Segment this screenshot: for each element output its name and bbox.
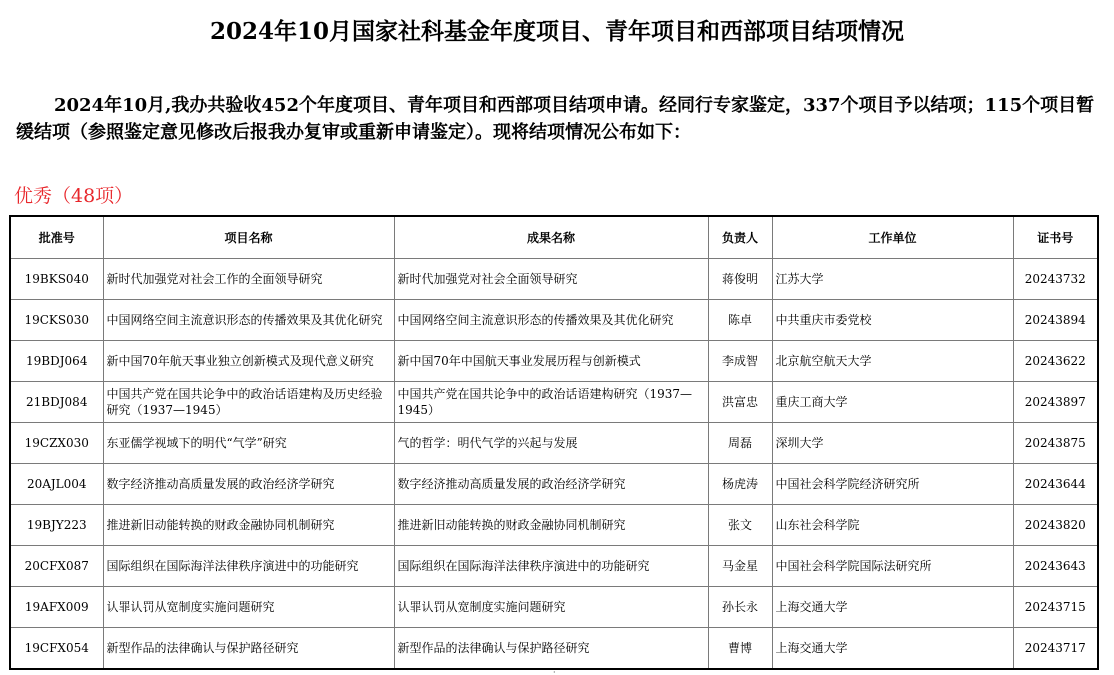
cell-unit: 山东社会科学院 — [772, 505, 1013, 546]
table-row: 19CKS030 中国网络空间主流意识形态的传播效果及其优化研究 中国网络空间主… — [10, 300, 1098, 341]
cell-leader: 蒋俊明 — [708, 259, 772, 300]
cell-result-name: 新中国70年中国航天事业发展历程与创新模式 — [394, 341, 708, 382]
cell-cert-no: 20243715 — [1013, 587, 1098, 628]
cell-leader: 周磊 — [708, 423, 772, 464]
cell-project-name: 新中国70年航天事业独立创新模式及现代意义研究 — [103, 341, 394, 382]
cell-result-name: 新型作品的法律确认与保护路径研究 — [394, 628, 708, 670]
cell-result-name: 国际组织在国际海洋法律秩序演进中的功能研究 — [394, 546, 708, 587]
table-row: 20CFX087 国际组织在国际海洋法律秩序演进中的功能研究 国际组织在国际海洋… — [10, 546, 1098, 587]
cell-approval-no: 20CFX087 — [10, 546, 103, 587]
cell-approval-no: 21BDJ084 — [10, 382, 103, 423]
cell-unit: 北京航空航天大学 — [772, 341, 1013, 382]
header-cert-no: 证书号 — [1013, 216, 1098, 259]
table-header-row: 批准号 项目名称 成果名称 负责人 工作单位 证书号 — [10, 216, 1098, 259]
cell-leader: 李成智 — [708, 341, 772, 382]
table-row: 19CFX054 新型作品的法律确认与保护路径研究 新型作品的法律确认与保护路径… — [10, 628, 1098, 670]
cell-cert-no: 20243643 — [1013, 546, 1098, 587]
cell-leader: 陈卓 — [708, 300, 772, 341]
results-table: 批准号 项目名称 成果名称 负责人 工作单位 证书号 19BKS040 新时代加… — [9, 215, 1099, 670]
header-approval-no: 批准号 — [10, 216, 103, 259]
table-row: 19BJY223 推进新旧动能转换的财政金融协同机制研究 推进新旧动能转换的财政… — [10, 505, 1098, 546]
cell-project-name: 认罪认罚从宽制度实施问题研究 — [103, 587, 394, 628]
cell-unit: 上海交通大学 — [772, 587, 1013, 628]
cell-approval-no: 19BDJ064 — [10, 341, 103, 382]
cell-approval-no: 19BKS040 — [10, 259, 103, 300]
table-row: 20AJL004 数字经济推动高质量发展的政治经济学研究 数字经济推动高质量发展… — [10, 464, 1098, 505]
cell-approval-no: 19CFX054 — [10, 628, 103, 670]
table-row: 19AFX009 认罪认罚从宽制度实施问题研究 认罪认罚从宽制度实施问题研究 孙… — [10, 587, 1098, 628]
cell-cert-no: 20243875 — [1013, 423, 1098, 464]
header-result-name: 成果名称 — [394, 216, 708, 259]
cell-cert-no: 20243732 — [1013, 259, 1098, 300]
cell-unit: 江苏大学 — [772, 259, 1013, 300]
section-label-excellent: 优秀（48项） — [14, 183, 133, 209]
cell-project-name: 东亚儒学视域下的明代“气学”研究 — [103, 423, 394, 464]
cell-unit: 中国社会科学院经济研究所 — [772, 464, 1013, 505]
cell-project-name: 推进新旧动能转换的财政金融协同机制研究 — [103, 505, 394, 546]
cell-leader: 孙长永 — [708, 587, 772, 628]
cell-result-name: 推进新旧动能转换的财政金融协同机制研究 — [394, 505, 708, 546]
cell-leader: 曹博 — [708, 628, 772, 670]
cell-project-name: 新时代加强党对社会工作的全面领导研究 — [103, 259, 394, 300]
table-row: 19CZX030 东亚儒学视域下的明代“气学”研究 气的哲学：明代气学的兴起与发… — [10, 423, 1098, 464]
cell-project-name: 国际组织在国际海洋法律秩序演进中的功能研究 — [103, 546, 394, 587]
header-unit: 工作单位 — [772, 216, 1013, 259]
cell-cert-no: 20243717 — [1013, 628, 1098, 670]
cell-leader: 洪富忠 — [708, 382, 772, 423]
cell-cert-no: 20243820 — [1013, 505, 1098, 546]
header-leader: 负责人 — [708, 216, 772, 259]
cell-result-name: 认罪认罚从宽制度实施问题研究 — [394, 587, 708, 628]
page-marker: · — [553, 668, 556, 675]
cell-approval-no: 20AJL004 — [10, 464, 103, 505]
cell-cert-no: 20243897 — [1013, 382, 1098, 423]
cell-cert-no: 20243644 — [1013, 464, 1098, 505]
cell-result-name: 气的哲学：明代气学的兴起与发展 — [394, 423, 708, 464]
table-row: 21BDJ084 中国共产党在国共论争中的政治话语建构及历史经验研究（1937—… — [10, 382, 1098, 423]
cell-unit: 上海交通大学 — [772, 628, 1013, 670]
header-project-name: 项目名称 — [103, 216, 394, 259]
cell-unit: 中国社会科学院国际法研究所 — [772, 546, 1013, 587]
intro-paragraph: 2024年10月,我办共验收452个年度项目、青年项目和西部项目结项申请。经同行… — [16, 92, 1101, 146]
cell-result-name: 中国网络空间主流意识形态的传播效果及其优化研究 — [394, 300, 708, 341]
cell-unit: 重庆工商大学 — [772, 382, 1013, 423]
table-row: 19BKS040 新时代加强党对社会工作的全面领导研究 新时代加强党对社会全面领… — [10, 259, 1098, 300]
cell-leader: 马金星 — [708, 546, 772, 587]
cell-unit: 深圳大学 — [772, 423, 1013, 464]
cell-project-name: 数字经济推动高质量发展的政治经济学研究 — [103, 464, 394, 505]
cell-cert-no: 20243894 — [1013, 300, 1098, 341]
cell-project-name: 新型作品的法律确认与保护路径研究 — [103, 628, 394, 670]
page-title: 2024年10月国家社科基金年度项目、青年项目和西部项目结项情况 — [0, 16, 1114, 48]
cell-approval-no: 19AFX009 — [10, 587, 103, 628]
cell-result-name: 数字经济推动高质量发展的政治经济学研究 — [394, 464, 708, 505]
cell-leader: 杨虎涛 — [708, 464, 772, 505]
cell-result-name: 新时代加强党对社会全面领导研究 — [394, 259, 708, 300]
cell-project-name: 中国共产党在国共论争中的政治话语建构及历史经验研究（1937—1945） — [103, 382, 394, 423]
table-row: 19BDJ064 新中国70年航天事业独立创新模式及现代意义研究 新中国70年中… — [10, 341, 1098, 382]
cell-approval-no: 19BJY223 — [10, 505, 103, 546]
cell-approval-no: 19CKS030 — [10, 300, 103, 341]
cell-result-name: 中国共产党在国共论争中的政治话语建构研究（1937—1945） — [394, 382, 708, 423]
cell-leader: 张文 — [708, 505, 772, 546]
cell-project-name: 中国网络空间主流意识形态的传播效果及其优化研究 — [103, 300, 394, 341]
cell-unit: 中共重庆市委党校 — [772, 300, 1013, 341]
cell-approval-no: 19CZX030 — [10, 423, 103, 464]
cell-cert-no: 20243622 — [1013, 341, 1098, 382]
